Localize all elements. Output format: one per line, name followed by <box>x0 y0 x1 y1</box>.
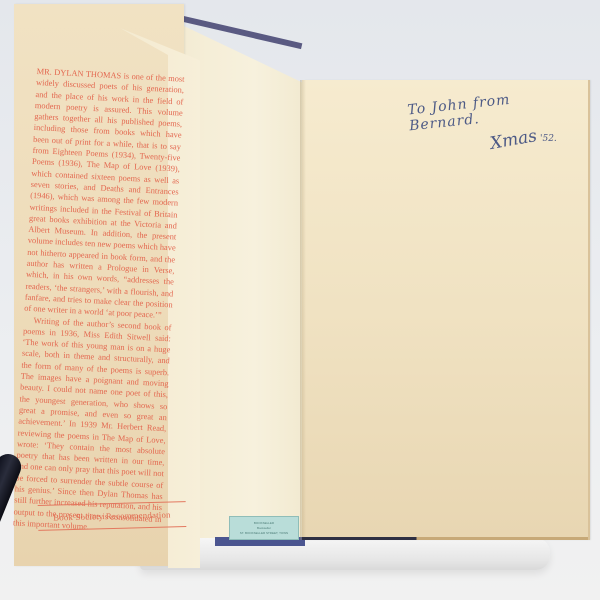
label-line-3: ST. BOOKSELLER STREET, TOWN <box>230 531 298 536</box>
inscription-dedication: To John from Bernard. <box>407 86 571 135</box>
inscription-year: '52. <box>540 134 557 144</box>
handwritten-inscription: To John from Bernard. Xmas '52. <box>400 84 570 164</box>
gutter-shadow <box>300 80 306 540</box>
blurb-paragraph-1: MR. DYLAN THOMAS is one of the most wide… <box>24 66 185 322</box>
inscription-signature: Xmas <box>489 126 539 154</box>
front-pastedown <box>184 26 302 538</box>
display-stand-base <box>140 538 550 570</box>
jacket-blurb: MR. DYLAN THOMAS is one of the most wide… <box>13 66 185 536</box>
recommendation-text: Book Society Recommendation <box>53 509 171 522</box>
bookseller-label: BOOKSELLER Bookseller ST. BOOKSELLER STR… <box>229 516 299 540</box>
book-society-recommendation: Book Society Recommendation <box>38 501 187 531</box>
book-photo: MR. DYLAN THOMAS is one of the most wide… <box>0 0 600 600</box>
page-bottom-edge <box>302 537 588 540</box>
